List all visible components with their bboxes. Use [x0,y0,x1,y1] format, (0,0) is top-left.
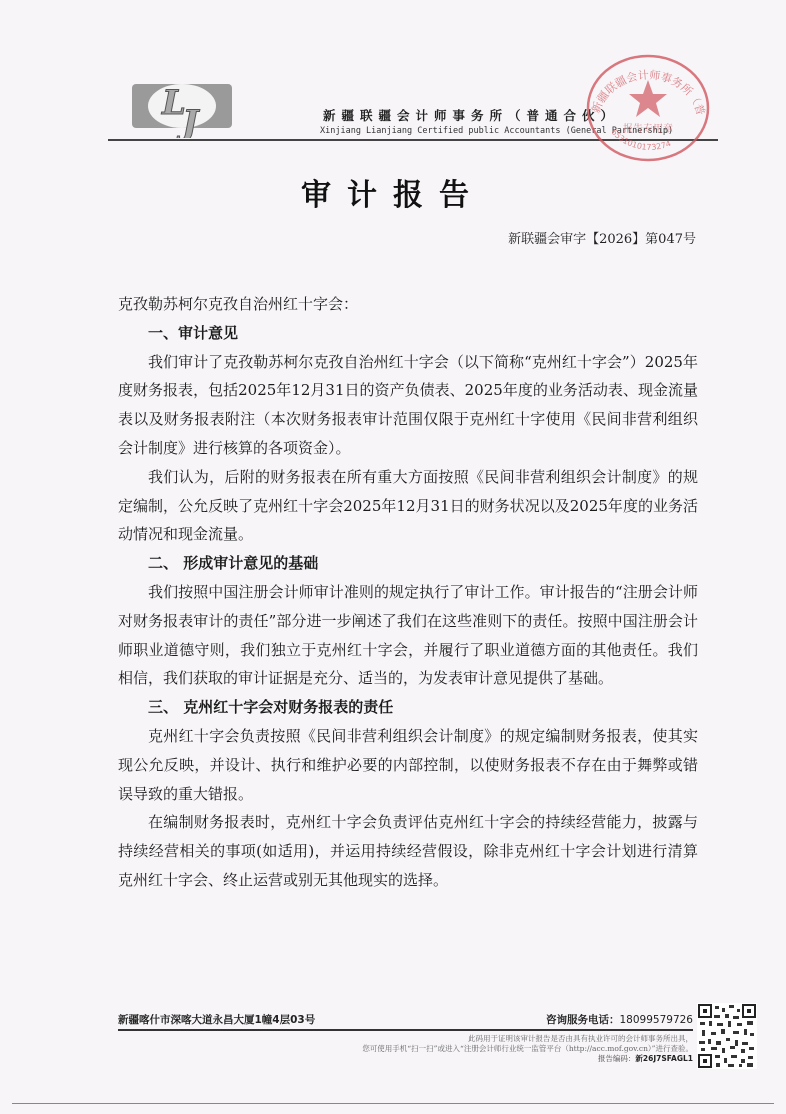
phone-number: 18099579726 [620,1014,694,1026]
report-code: 报告编码：新26J7SFAGL1 [362,1054,693,1064]
document-page: L J 新疆联疆会计师事务所（普通合伙） Xinjiang Lianjiang … [0,0,786,1114]
firm-name-cn: 新疆联疆会计师事务所（普通合伙） [323,106,619,124]
paragraph: 克州红十字会负责按照《民间非营利组织会计制度》的规定编制财务报表，使其实现公允反… [118,722,698,808]
addressee: 克孜勒苏柯尔克孜自治州红十字会： [118,290,698,319]
section-heading: 三、 克州红十字会对财务报表的责任 [118,693,698,722]
firm-logo-icon: L J [132,70,232,138]
firm-address: 新疆喀什市深喀大道永昌大厦1幢4层03号 [118,1012,315,1027]
footer-divider [118,1029,693,1031]
contact-phone: 咨询服务电话：18099579726 [546,1012,693,1027]
section-heading: 二、 形成审计意见的基础 [118,549,698,578]
page-bottom-edge [12,1103,774,1104]
paragraph: 在编制财务报表时，克州红十字会负责评估克州红十字会的持续经营能力，披露与持续经营… [118,808,698,894]
verification-notice: 此码用于证明该审计报告是否由具有执业许可的会计师事务所出具， 您可使用手机“扫一… [362,1034,693,1064]
paragraph: 我们按照中国注册会计师审计准则的规定执行了审计工作。审计报告的“注册会计师对财务… [118,578,698,693]
section-heading: 一、审计意见 [118,319,698,348]
reference-number: 新联疆会审字【2026】第047号 [508,228,696,247]
document-title: 审计报告 [0,170,786,214]
notice-line-1: 此码用于证明该审计报告是否由具有执业许可的会计师事务所出具， [362,1034,693,1044]
svg-text:报告专用章: 报告专用章 [623,122,673,135]
notice-line-2: 您可使用手机“扫一扫”或进入“注册会计师行业统一监管平台（http://acc.… [362,1044,693,1054]
qr-code-icon[interactable] [697,1003,757,1069]
paragraph: 我们审计了克孜勒苏柯尔克孜自治州红十字会（以下简称“克州红十字会”）2025年度… [118,348,698,463]
phone-label: 咨询服务电话： [546,1014,620,1026]
official-seal-icon: 新疆联疆会计师事务所（普通合伙） 报告专用章 6531010173274 [585,52,711,164]
paragraph: 我们认为，后附的财务报表在所有重大方面按照《民间非营利组织会计制度》的规定编制，… [118,463,698,549]
report-body: 克孜勒苏柯尔克孜自治州红十字会： 一、审计意见 我们审计了克孜勒苏柯尔克孜自治州… [118,290,698,895]
